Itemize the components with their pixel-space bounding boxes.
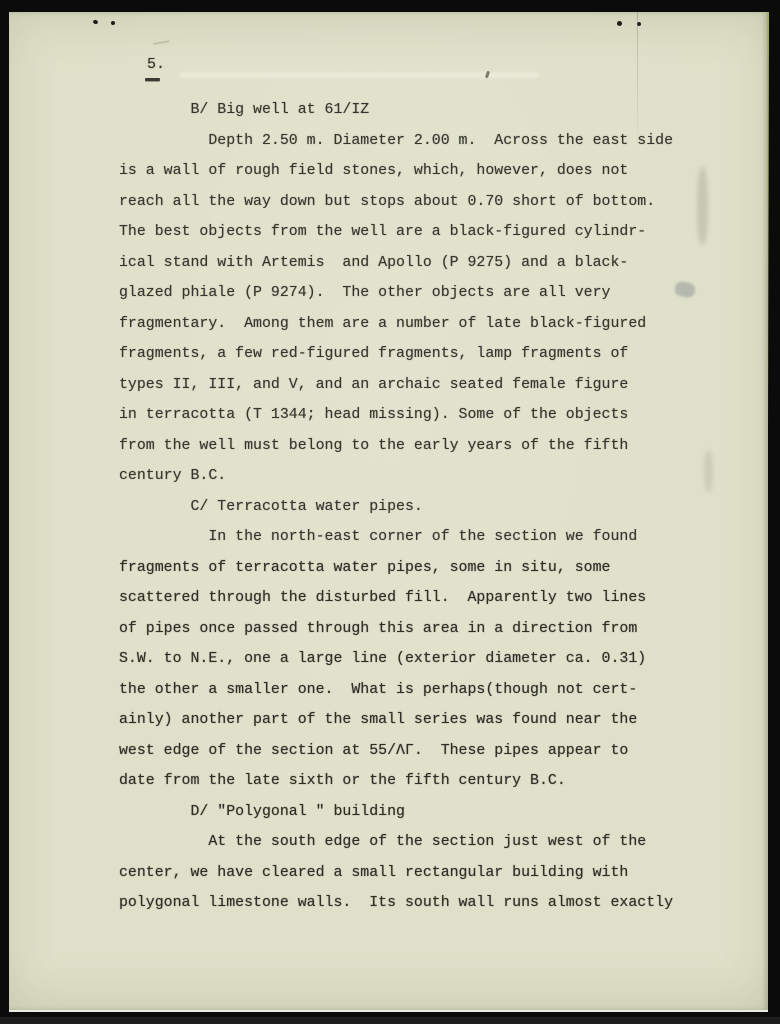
text-line: century B.C. <box>119 461 673 492</box>
ink-smudge <box>697 167 708 245</box>
text-line: reach all the way down but stops about 0… <box>119 187 673 218</box>
pencil-scribble <box>153 41 170 53</box>
text-line: ical stand with Artemis and Apollo (P 92… <box>119 248 673 279</box>
scan-background: 5. B/ Big well at 61/IZ Depth 2.50 m. Di… <box>0 0 780 1024</box>
typed-text-block: B/ Big well at 61/IZ Depth 2.50 m. Diame… <box>119 95 673 919</box>
section-heading-b: B/ Big well at 61/IZ <box>119 95 673 126</box>
ink-smudge <box>674 280 696 298</box>
erasure-streak <box>179 72 539 78</box>
text-line: from the well must belong to the early y… <box>119 431 673 462</box>
stray-ink-mark <box>485 71 490 79</box>
text-line: date from the late sixth or the fifth ce… <box>119 766 673 797</box>
text-line: in terracotta (T 1344; head missing). So… <box>119 400 673 431</box>
text-line: the other a smaller one. What is perhaps… <box>119 675 673 706</box>
typewritten-page: 5. B/ Big well at 61/IZ Depth 2.50 m. Di… <box>9 12 768 1012</box>
staple-mark-top-right-1 <box>617 21 622 26</box>
text-line: fragmentary. Among them are a number of … <box>119 309 673 340</box>
text-line: In the north-east corner of the section … <box>119 522 673 553</box>
text-line: S.W. to N.E., one a large line (exterior… <box>119 644 673 675</box>
text-line: west edge of the section at 55/ΛΓ. These… <box>119 736 673 767</box>
text-line: glazed phiale (P 9274). The other object… <box>119 278 673 309</box>
text-line: is a wall of rough field stones, which, … <box>119 156 673 187</box>
ink-smudge <box>704 450 713 492</box>
text-line: of pipes once passed through this area i… <box>119 614 673 645</box>
text-line: At the south edge of the section just we… <box>119 827 673 858</box>
text-line: scattered through the disturbed fill. Ap… <box>119 583 673 614</box>
staple-mark-top-left-1 <box>92 19 98 24</box>
text-line: types II, III, and V, and an archaic sea… <box>119 370 673 401</box>
text-line: Depth 2.50 m. Diameter 2.00 m. Across th… <box>119 126 673 157</box>
section-heading-c: C/ Terracotta water pipes. <box>119 492 673 523</box>
text-line: The best objects from the well are a bla… <box>119 217 673 248</box>
section-heading-d: D/ "Polygonal " building <box>119 797 673 828</box>
staple-mark-top-left-2 <box>111 21 115 25</box>
text-line: fragments of terracotta water pipes, som… <box>119 553 673 584</box>
scan-edge-strip <box>0 1017 780 1024</box>
text-line: polygonal limestone walls. Its south wal… <box>119 888 673 919</box>
text-line: fragments, a few red-figured fragments, … <box>119 339 673 370</box>
text-line: ainly) another part of the small series … <box>119 705 673 736</box>
page-number: 5. <box>147 56 165 73</box>
text-line: center, we have cleared a small rectangu… <box>119 858 673 889</box>
page-number-underline <box>145 78 160 81</box>
